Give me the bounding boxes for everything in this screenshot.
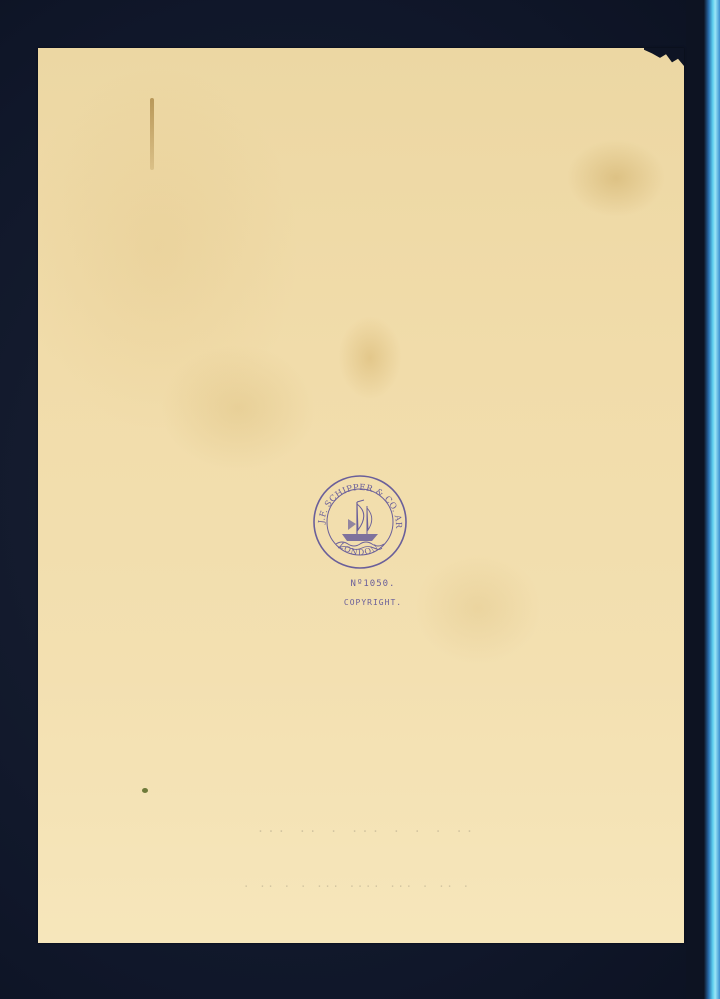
stain-streak [150,98,154,170]
scanner-edge-shadow [686,0,704,999]
stamp-number: Nº1050. [338,579,408,589]
bleed-through-text-line1: ··· ·· · ··· · · · ·· [188,824,548,840]
torn-corner [644,48,684,66]
bleed-through-text-line2: · ·· · · ··· ···· ··· · ·· · [118,880,598,895]
stamp-copyright: COPYRIGHT. [318,598,428,607]
card-back: J.F. SCHIPPER & CO. ART PUBLISHERS LONDO… [38,48,684,943]
scanner-edge-highlight [704,0,720,999]
publisher-stamp: J.F. SCHIPPER & CO. ART PUBLISHERS LONDO… [312,474,408,570]
sailing-ship-icon: J.F. SCHIPPER & CO. ART PUBLISHERS LONDO… [312,474,408,570]
green-spot [142,788,148,793]
